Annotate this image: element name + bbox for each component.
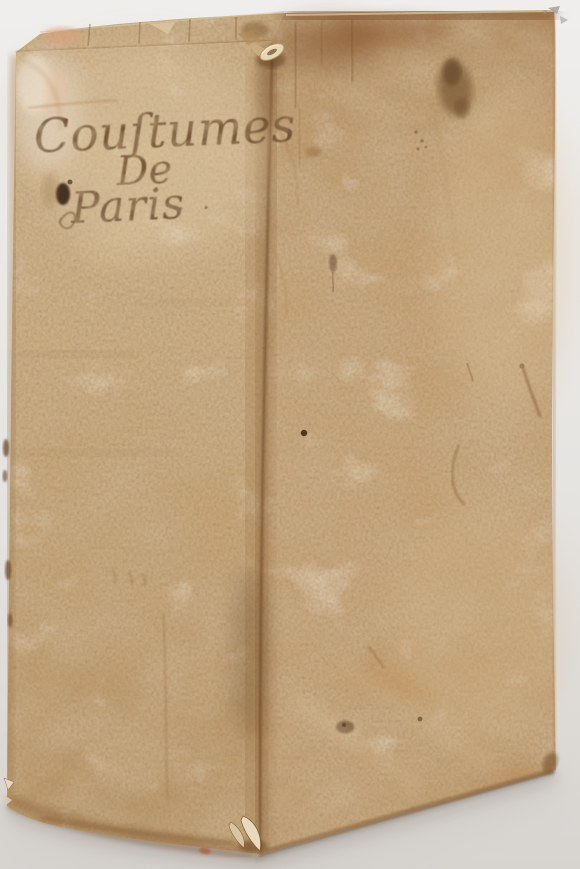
book: Couſtumes De Paris · · — [2, 6, 575, 856]
tadpole-tail — [333, 272, 334, 292]
joint-dark-blotch — [233, 570, 265, 740]
ink-blot — [56, 183, 70, 205]
comma-scratch-head — [519, 363, 524, 368]
small-smudge — [305, 147, 321, 157]
spine-title-line-3: Paris — [69, 179, 186, 234]
browned-top-blotch — [335, 16, 455, 44]
head-edge-pink-wear — [42, 27, 82, 45]
dark-stain-core — [443, 58, 461, 86]
book-photograph: Couſtumes De Paris · · — [0, 0, 580, 869]
spine-wrinkle — [14, 352, 140, 356]
dark-stain-tail — [455, 98, 469, 118]
ink-smear — [42, 172, 58, 208]
spine-wrinkle — [12, 450, 180, 455]
antique-book-photo: Couſtumes De Paris · · — [0, 0, 580, 869]
tadpole-mark — [329, 254, 337, 272]
spine-wrinkle — [150, 300, 250, 305]
cover-light-zone — [390, 500, 570, 740]
spine-title-ink-dots: · · — [176, 194, 215, 224]
fore-edge-shade — [553, 14, 555, 768]
round-spot-core — [342, 723, 346, 727]
wormhole-dot — [301, 430, 307, 436]
